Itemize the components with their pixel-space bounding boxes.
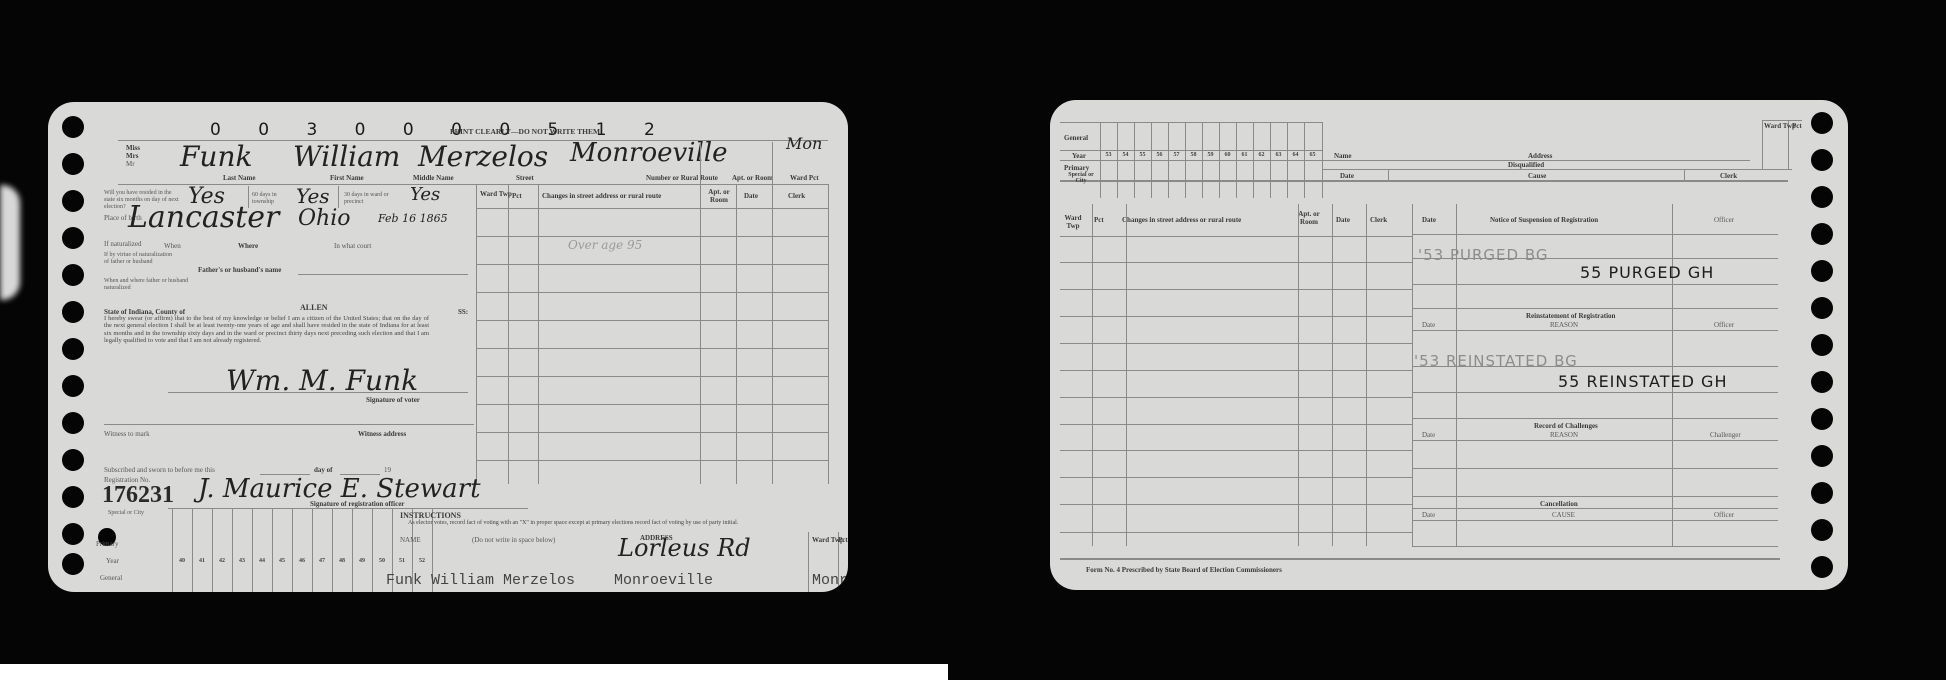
birth-date: Feb 16 1865 [378,212,448,225]
instructions-title: INSTRUCTIONS [400,512,461,520]
suspension-entry: '53 PURGED BG [1418,246,1549,264]
punch-hole [1811,408,1833,430]
punch-hole [62,190,84,212]
punch-hole [1811,297,1833,319]
ward-value: Mon [786,134,822,153]
suspension-entry: 55 PURGED GH [1580,263,1714,282]
punch-hole [1811,556,1833,578]
punch-hole [62,449,84,471]
middle-name: Merzelos [418,140,548,173]
punch-hole [1811,260,1833,282]
typed-name: Funk William Merzelos [386,572,575,589]
first-name: William [293,140,400,173]
scan-edge-white [0,664,948,680]
punch-hole [1811,334,1833,356]
punch-hole [62,486,84,508]
punch-hole [62,523,84,545]
punch-hole [62,116,84,138]
changes-scrawl: Over age 95 [568,238,642,252]
registration-card-front: 0 0 3 0 0 0 0 5 1 2 PRINT CLEARLY—DO NOT… [48,102,848,592]
header-instruction: PRINT CLEARLY—DO NOT WRITE THEM [450,128,600,136]
scan-artifact [0,185,20,300]
street: Monroeville [570,138,728,168]
registration-number: 176231 [102,482,174,509]
birth-state: Ohio [298,206,351,231]
last-name: Funk [180,140,252,173]
typed-ward: Monro [812,572,848,589]
answer-ward: Yes [410,184,440,205]
punch-hole [1811,186,1833,208]
punch-hole [62,412,84,434]
punch-hole [1811,519,1833,541]
form-footer: Form No. 4 Prescribed by State Board of … [1086,566,1282,574]
registration-card-back: General Year Primary Special or City 53 … [1050,100,1848,590]
punch-hole [1811,445,1833,467]
punch-hole [62,264,84,286]
punch-hole [62,227,84,249]
birth-city: Lancaster [128,200,279,235]
punch-hole [1811,149,1833,171]
reinstatement-entry: '53 REINSTATED BG [1414,352,1578,370]
punch-hole [62,338,84,360]
address-handwritten: Lorleus Rd [618,534,751,562]
reinstatement-entry: 55 REINSTATED GH [1558,372,1727,391]
punch-hole [62,553,84,575]
punch-hole [1811,223,1833,245]
punch-hole [62,375,84,397]
punch-hole [1811,371,1833,393]
typed-address: Monroeville [614,572,713,589]
county: ALLEN [300,304,328,312]
punch-hole [1811,112,1833,134]
oath-text: I hereby swear (or affirm) that to the b… [104,315,429,345]
punch-hole [62,301,84,323]
answer-township: Yes [296,184,330,208]
punch-hole [62,153,84,175]
serial-number: 0 0 3 0 0 0 0 5 1 2 [210,120,671,140]
punch-hole [1811,482,1833,504]
